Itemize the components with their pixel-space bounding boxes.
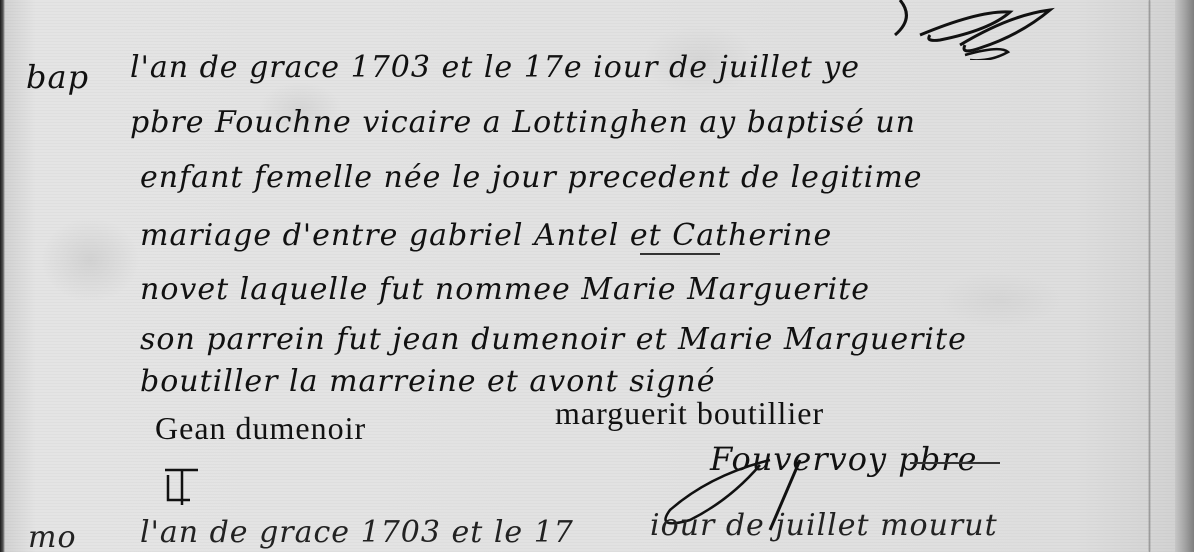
page-fold-line — [1148, 0, 1151, 552]
next-entry-left-fragment: l'an de grace 1703 et le 17 — [140, 515, 574, 550]
name-underline — [640, 253, 720, 255]
entry-line-4: mariage d'entre gabriel Antel et Catheri… — [140, 218, 832, 253]
entry-line-6: son parrein fut jean dumenoir et Marie M… — [140, 322, 967, 357]
entry-line-7: boutiller la marreine et avont signé — [140, 364, 715, 399]
entry-line-5: novet laquelle fut nommee Marie Margueri… — [140, 272, 870, 307]
entry-line-1: l'an de grace 1703 et le 17e iour de jui… — [130, 50, 860, 85]
entry-line-2: pbre Fouchne vicaire a Lottinghen ay bap… — [130, 105, 916, 140]
signature-godfather: Gean dumenoir — [155, 410, 366, 447]
margin-note-bap: bap — [26, 58, 89, 96]
entry-line-3: enfant femelle née le jour precedent de … — [140, 160, 923, 195]
register-page: bap l'an de grace 1703 et le 17e iour de… — [0, 0, 1194, 552]
next-entry-right-fragment: iour de juillet mourut — [650, 508, 998, 543]
page-binding-edge — [0, 0, 5, 552]
paraph-flourish-icon — [890, 0, 1060, 60]
priest-signature-underline — [910, 462, 1000, 464]
page-right-edge — [1175, 0, 1194, 552]
signature-mark-icon — [160, 465, 200, 515]
signature-godmother: marguerit boutillier — [555, 395, 824, 432]
next-entry-margin-note: mo — [28, 520, 77, 552]
